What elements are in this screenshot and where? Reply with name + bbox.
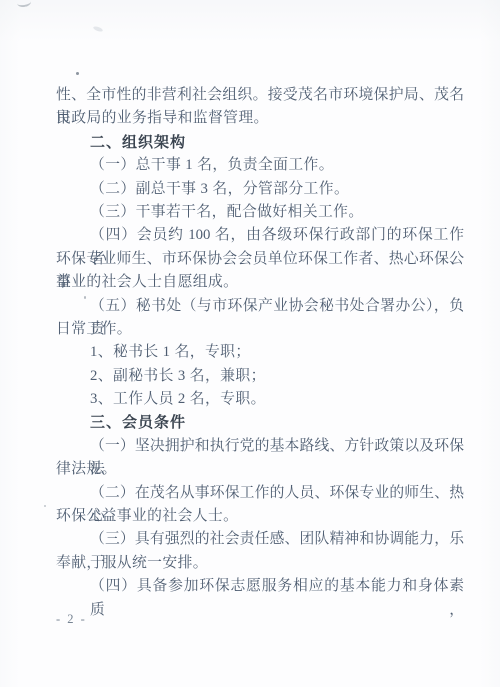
scan-speck [44,505,46,507]
document-line: 3、工作人员 2 名，专职。 [56,388,464,411]
scan-smudge [93,25,104,32]
document-line: （二）在茂名从事环保工作的人员、环保专业的师生、热心 [56,482,464,505]
document-line: 1、秘书长 1 名，专职； [56,341,464,364]
document-line: （四）具备参加环保志愿服务相应的基本能力和身体素质， [56,575,464,598]
document-line: （一）坚决拥护和执行党的基本路线、方针政策以及环保法 [56,435,464,458]
section-heading: 三、会员条件 [56,411,464,434]
document-body: 性、全市性的非营利社会组织。接受茂名市环境保护局、茂名市民政局的业务指导和监督管… [56,84,464,599]
document-line: 奉献，服从统一安排。 [56,552,464,575]
document-line: 日常工作。 [56,318,464,341]
document-line: 环保公益事业的社会人士。 [56,505,464,528]
document-line: （三）干事若干名，配合做好相关工作。 [56,201,464,224]
document-line: （四）会员约 100 名，由各级环保行政部门的环保工作者、 [56,224,464,247]
document-line: 2、副秘书长 3 名，兼职； [56,365,464,388]
document-line: 环保专业师生、市环保协会会员单位环保工作者、热心环保公益 [56,248,464,271]
document-line: 律法规。 [56,458,464,481]
document-line: 事业的社会人士自愿组成。 [56,271,464,294]
document-line: （三）具有强烈的社会责任感、团队精神和协调能力，乐于 [56,528,464,551]
document-line: 性、全市性的非营利社会组织。接受茂名市环境保护局、茂名市 [56,84,464,107]
scanned-document-page: 性、全市性的非营利社会组织。接受茂名市环境保护局、茂名市民政局的业务指导和监督管… [0,0,500,687]
document-line: （一）总干事 1 名，负责全面工作。 [56,154,464,177]
document-line: 民政局的业务指导和监督管理。 [56,107,464,130]
document-line: （二）副总干事 3 名，分管部分工作。 [56,178,464,201]
scan-speck [76,72,79,75]
scan-edge-mark [16,0,31,8]
document-line: （五）秘书处（与市环保产业协会秘书处合署办公），负责 [56,295,464,318]
section-heading: 二、组织架构 [56,131,464,154]
page-number: - 2 - [56,612,87,627]
